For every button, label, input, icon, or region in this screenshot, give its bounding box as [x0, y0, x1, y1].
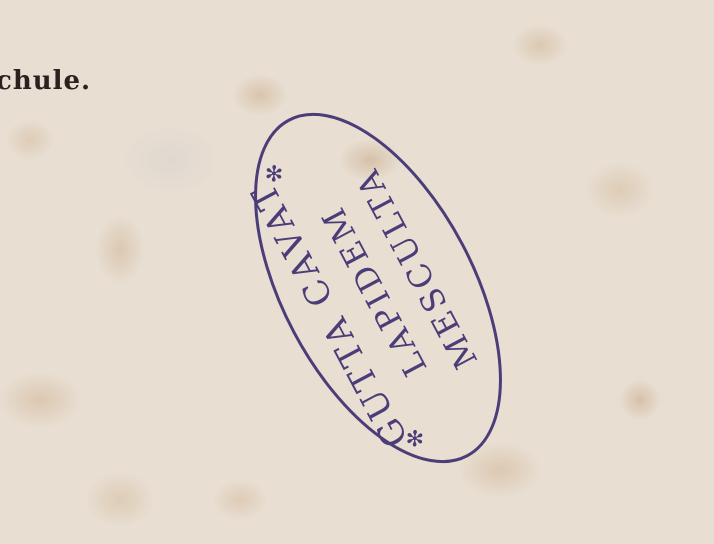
printed-heading-fragment: chule.: [0, 66, 91, 96]
